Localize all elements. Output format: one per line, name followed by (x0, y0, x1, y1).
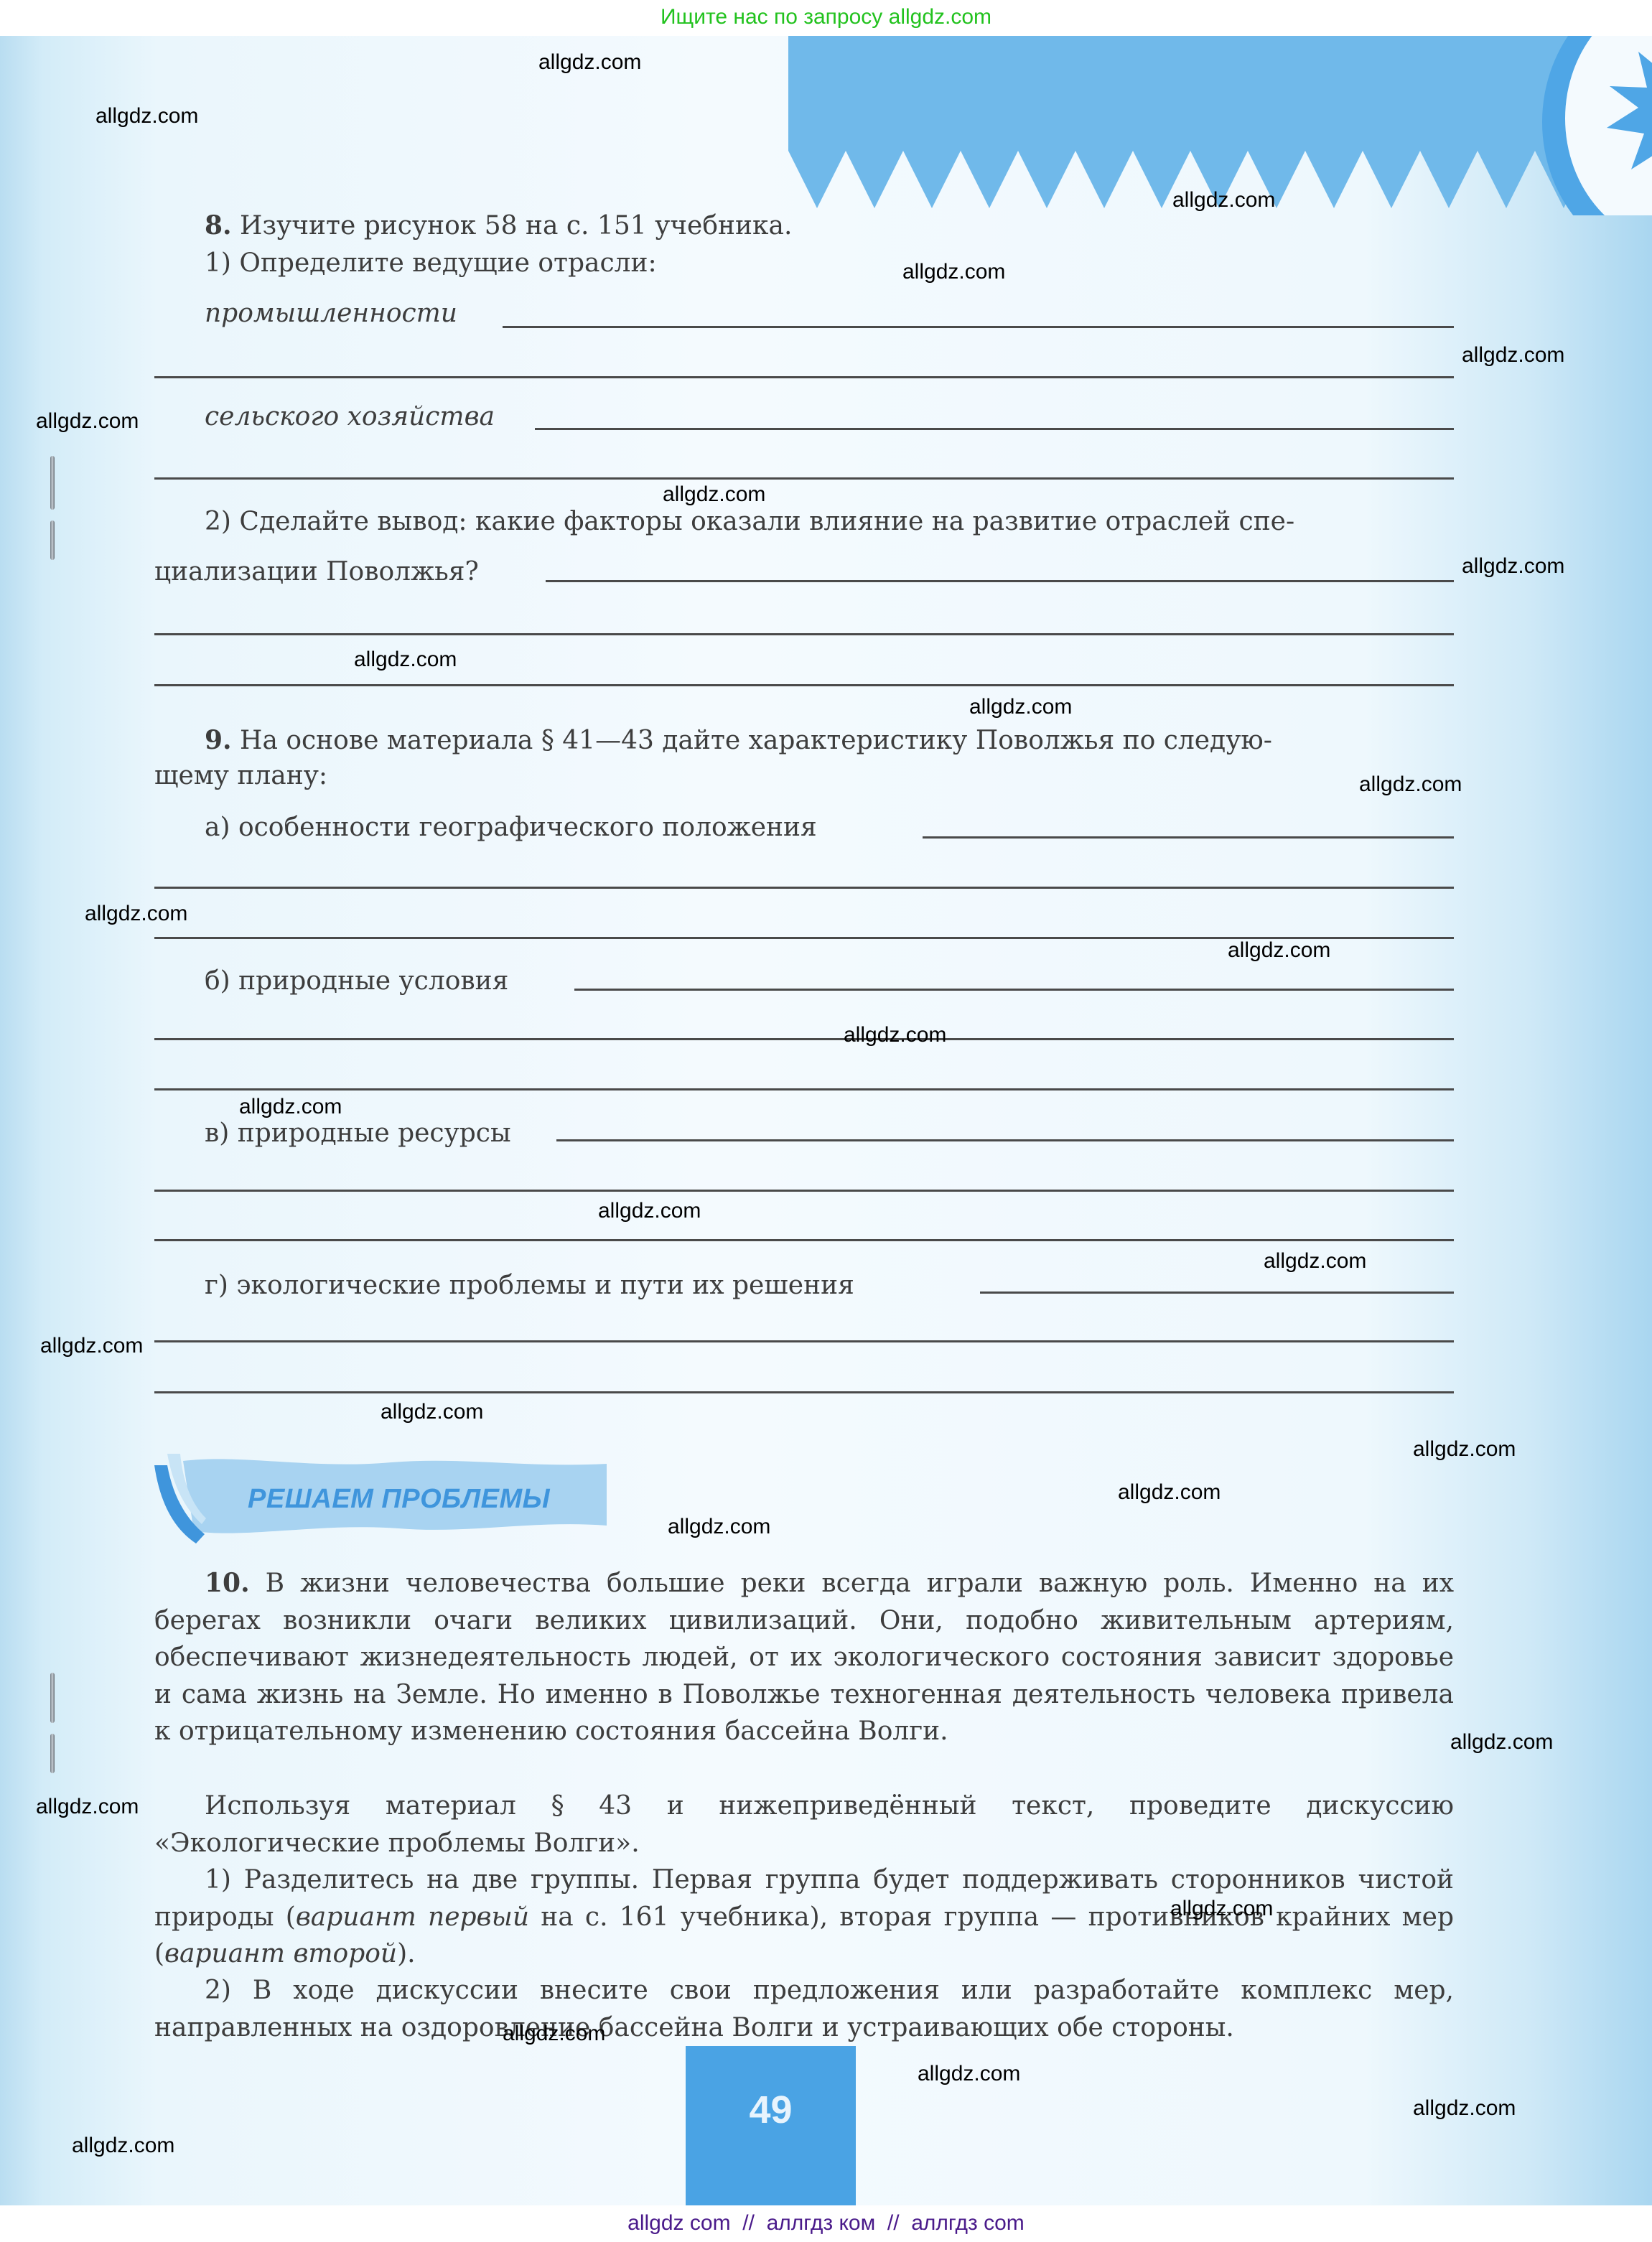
watermark: allgdz.com (1462, 343, 1564, 368)
section-title: РЕШАЕМ ПРОБЛЕМЫ (248, 1484, 550, 1515)
watermark: allgdz.com (239, 1095, 342, 1119)
task9-item-d: г) экологические проблемы и пути их реше… (205, 1271, 854, 1300)
answer-line-c-2[interactable] (154, 1190, 1454, 1192)
task9-title-line2: щему плану: (154, 761, 327, 790)
watermark: allgdz.com (1118, 1480, 1221, 1505)
watermark: allgdz.com (1264, 1249, 1366, 1274)
answer-line-b-2[interactable] (154, 1038, 1454, 1040)
answer-line-agriculture-2[interactable] (154, 477, 1454, 480)
answer-line-a[interactable] (923, 836, 1454, 839)
task8-title: 8. Изучите рисунок 58 на с. 151 учебника… (205, 210, 792, 240)
answer-line-d-3[interactable] (154, 1391, 1454, 1393)
watermark: allgdz.com (36, 1795, 139, 1819)
answer-line-d-2[interactable] (154, 1340, 1454, 1342)
bottom-banner-text: allgdz com // аллгдз ком // аллгдз com (627, 2211, 1025, 2235)
watermark: allgdz.com (354, 648, 457, 672)
page-number-box: 49 (686, 2046, 856, 2205)
bottom-banner: allgdz com // аллгдз ком // аллгдз com (0, 2205, 1652, 2242)
watermark: allgdz.com (668, 1515, 770, 1539)
watermark: allgdz.com (969, 695, 1072, 719)
watermark: allgdz.com (538, 50, 641, 75)
staple-top-upper (50, 456, 55, 510)
task8-sub2-line2: циализации Поволжья? (154, 557, 479, 587)
watermark: allgdz.com (1413, 2096, 1516, 2121)
watermark: allgdz.com (1228, 938, 1330, 963)
answer-line-industry-2[interactable] (154, 376, 1454, 378)
answer-line-d[interactable] (980, 1292, 1454, 1294)
watermark: allgdz.com (844, 1023, 946, 1047)
task10-discussion: Используя материал § 43 и нижеприведённы… (154, 1788, 1454, 1862)
watermark: allgdz.com (40, 1334, 143, 1358)
answer-line-c-3[interactable] (154, 1239, 1454, 1241)
task10-intro: 10. В жизни человечества большие реки вс… (154, 1565, 1454, 1750)
watermark: allgdz.com (1172, 188, 1275, 212)
staple-bottom-lower (50, 1734, 55, 1773)
answer-line-conclusion-2[interactable] (154, 633, 1454, 635)
task9-item-b: б) природные условия (205, 966, 508, 996)
watermark: allgdz.com (95, 104, 198, 129)
staple-top-lower (50, 520, 55, 560)
page-number: 49 (686, 2088, 856, 2132)
workbook-page: 8. Изучите рисунок 58 на с. 151 учебника… (0, 36, 1652, 2205)
watermark: allgdz.com (1359, 772, 1462, 797)
watermark: allgdz.com (85, 902, 187, 926)
task9-item-a: а) особенности географического положения (205, 813, 817, 842)
task9-item-c: в) природные ресурсы (205, 1118, 511, 1148)
answer-line-b-3[interactable] (154, 1088, 1454, 1090)
task8-sub2-line1: 2) Сделайте вывод: какие факторы оказали… (205, 507, 1454, 536)
answer-line-agriculture[interactable] (535, 428, 1454, 430)
watermark: allgdz.com (503, 2022, 605, 2046)
task8-sub1: 1) Определите ведущие отрасли: (205, 248, 657, 278)
answer-line-conclusion[interactable] (546, 580, 1454, 582)
top-banner-text: Ищите нас по запросу allgdz.com (661, 5, 991, 29)
staple-bottom-upper (50, 1673, 55, 1723)
answer-line-a-2[interactable] (154, 887, 1454, 889)
task8-agriculture-label: сельского хозяйства (205, 402, 495, 431)
watermark: allgdz.com (1450, 1730, 1553, 1755)
task8-industry-label: промышленности (205, 299, 457, 328)
watermark: allgdz.com (381, 1400, 483, 1424)
task9-title-line1: 9. На основе материала § 41—43 дайте хар… (205, 725, 1272, 755)
section-banner: РЕШАЕМ ПРОБЛЕМЫ (154, 1454, 614, 1547)
watermark: allgdz.com (1413, 1437, 1516, 1462)
answer-line-b[interactable] (574, 989, 1454, 991)
answer-line-industry[interactable] (503, 326, 1454, 328)
answer-line-c[interactable] (556, 1139, 1454, 1141)
answer-line-conclusion-3[interactable] (154, 684, 1454, 686)
watermark: allgdz.com (598, 1199, 701, 1223)
task10-step2: 2) В ходе дискуссии внесите свои предлож… (154, 1972, 1454, 2046)
watermark: allgdz.com (918, 2062, 1020, 2086)
watermark: allgdz.com (902, 260, 1005, 284)
watermark: allgdz.com (1462, 554, 1564, 579)
watermark: allgdz.com (72, 2134, 174, 2158)
watermark: allgdz.com (1170, 1897, 1273, 1921)
watermark: allgdz.com (36, 409, 139, 434)
top-banner: Ищите нас по запросу allgdz.com (0, 0, 1652, 36)
watermark: allgdz.com (663, 482, 765, 507)
